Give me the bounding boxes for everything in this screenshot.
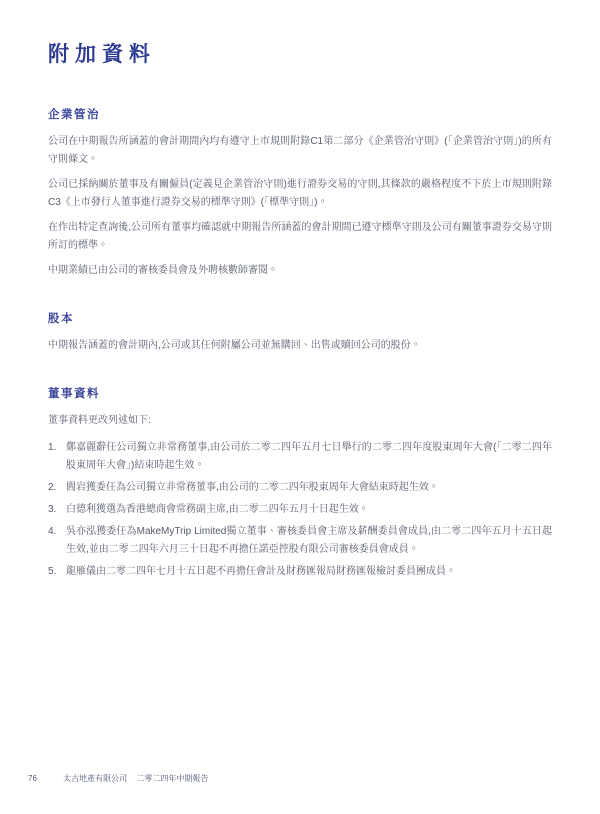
list-item-text: 吳亦泓獲委任為MakeMyTrip Limited獨立董事、審核委員會主席及薪酬… bbox=[66, 523, 552, 559]
page-title: 附加資料 bbox=[48, 38, 552, 68]
paragraph-changes-intro: 董事資料更改列述如下: bbox=[48, 412, 552, 430]
section-share-capital: 股本 中期報告涵蓋的會計期內,公司或其任何附屬公司並無購回、出售或贖回公司的股份… bbox=[48, 310, 552, 355]
list-item-text: 閻岩獲委任為公司獨立非常務董事,由公司的二零二四年股東周年大會結束時起生效。 bbox=[66, 479, 552, 497]
list-item: 3. 白德利獲選為香港總商會常務副主席,由二零二四年五月十日起生效。 bbox=[48, 501, 552, 519]
list-item: 2. 閻岩獲委任為公司獨立非常務董事,由公司的二零二四年股東周年大會結束時起生效… bbox=[48, 479, 552, 497]
list-item-number: 3. bbox=[48, 501, 66, 519]
paragraph-securities-dealing-code: 公司已採納關於董事及有關僱員(定義見企業管治守則)進行證券交易的守則,其條款的嚴… bbox=[48, 176, 552, 212]
list-item: 5. 龍雁儀由二零二四年七月十五日起不再擔任會計及財務匯報局財務匯報檢討委員團成… bbox=[48, 563, 552, 581]
footer-company-name: 太古地產有限公司 bbox=[63, 773, 127, 784]
section-directors-information: 董事資料 董事資料更改列述如下: 1. 鄭嘉麗辭任公司獨立非常務董事,由公司於二… bbox=[48, 385, 552, 581]
directors-changes-list: 1. 鄭嘉麗辭任公司獨立非常務董事,由公司於二零二四年五月七日舉行的二零二四年度… bbox=[48, 439, 552, 581]
report-page: { "page": { "title": "附加資料" }, "sections… bbox=[0, 0, 600, 814]
list-item-text: 龍雁儀由二零二四年七月十五日起不再擔任會計及財務匯報局財務匯報檢討委員團成員。 bbox=[66, 563, 552, 581]
footer-report-title: 二零二四年中期報告 bbox=[136, 773, 208, 784]
section-heading-corporate-governance: 企業管治 bbox=[48, 106, 552, 122]
list-item-text: 鄭嘉麗辭任公司獨立非常務董事,由公司於二零二四年五月七日舉行的二零二四年度股東周… bbox=[66, 439, 552, 475]
section-corporate-governance: 企業管治 公司在中期報告所涵蓋的會計期間內均有遵守上市規則附錄C1第二部分《企業… bbox=[48, 106, 552, 280]
page-footer: 76 太古地產有限公司 二零二四年中期報告 bbox=[28, 773, 208, 784]
paragraph-no-share-repurchase: 中期報告涵蓋的會計期內,公司或其任何附屬公司並無購回、出售或贖回公司的股份。 bbox=[48, 337, 552, 355]
list-item: 4. 吳亦泓獲委任為MakeMyTrip Limited獨立董事、審核委員會主席… bbox=[48, 523, 552, 559]
list-item-number: 4. bbox=[48, 523, 66, 559]
list-item: 1. 鄭嘉麗辭任公司獨立非常務董事,由公司於二零二四年五月七日舉行的二零二四年度… bbox=[48, 439, 552, 475]
paragraph-code-compliance: 公司在中期報告所涵蓋的會計期間內均有遵守上市規則附錄C1第二部分《企業管治守則》… bbox=[48, 133, 552, 169]
list-item-text: 白德利獲選為香港總商會常務副主席,由二零二四年五月十日起生效。 bbox=[66, 501, 552, 519]
list-item-number: 2. bbox=[48, 479, 66, 497]
section-heading-share-capital: 股本 bbox=[48, 310, 552, 326]
paragraph-directors-confirmation: 在作出特定查詢後,公司所有董事均確認就中期報告所涵蓋的會計期間已遵守標準守則及公… bbox=[48, 219, 552, 255]
footer-page-number: 76 bbox=[28, 774, 37, 783]
section-heading-directors-information: 董事資料 bbox=[48, 385, 552, 401]
paragraph-audit-review: 中期業績已由公司的審核委員會及外聘核數師審閱。 bbox=[48, 262, 552, 280]
list-item-number: 1. bbox=[48, 439, 66, 475]
page-content: 附加資料 企業管治 公司在中期報告所涵蓋的會計期間內均有遵守上市規則附錄C1第二… bbox=[0, 0, 600, 581]
list-item-number: 5. bbox=[48, 563, 66, 581]
